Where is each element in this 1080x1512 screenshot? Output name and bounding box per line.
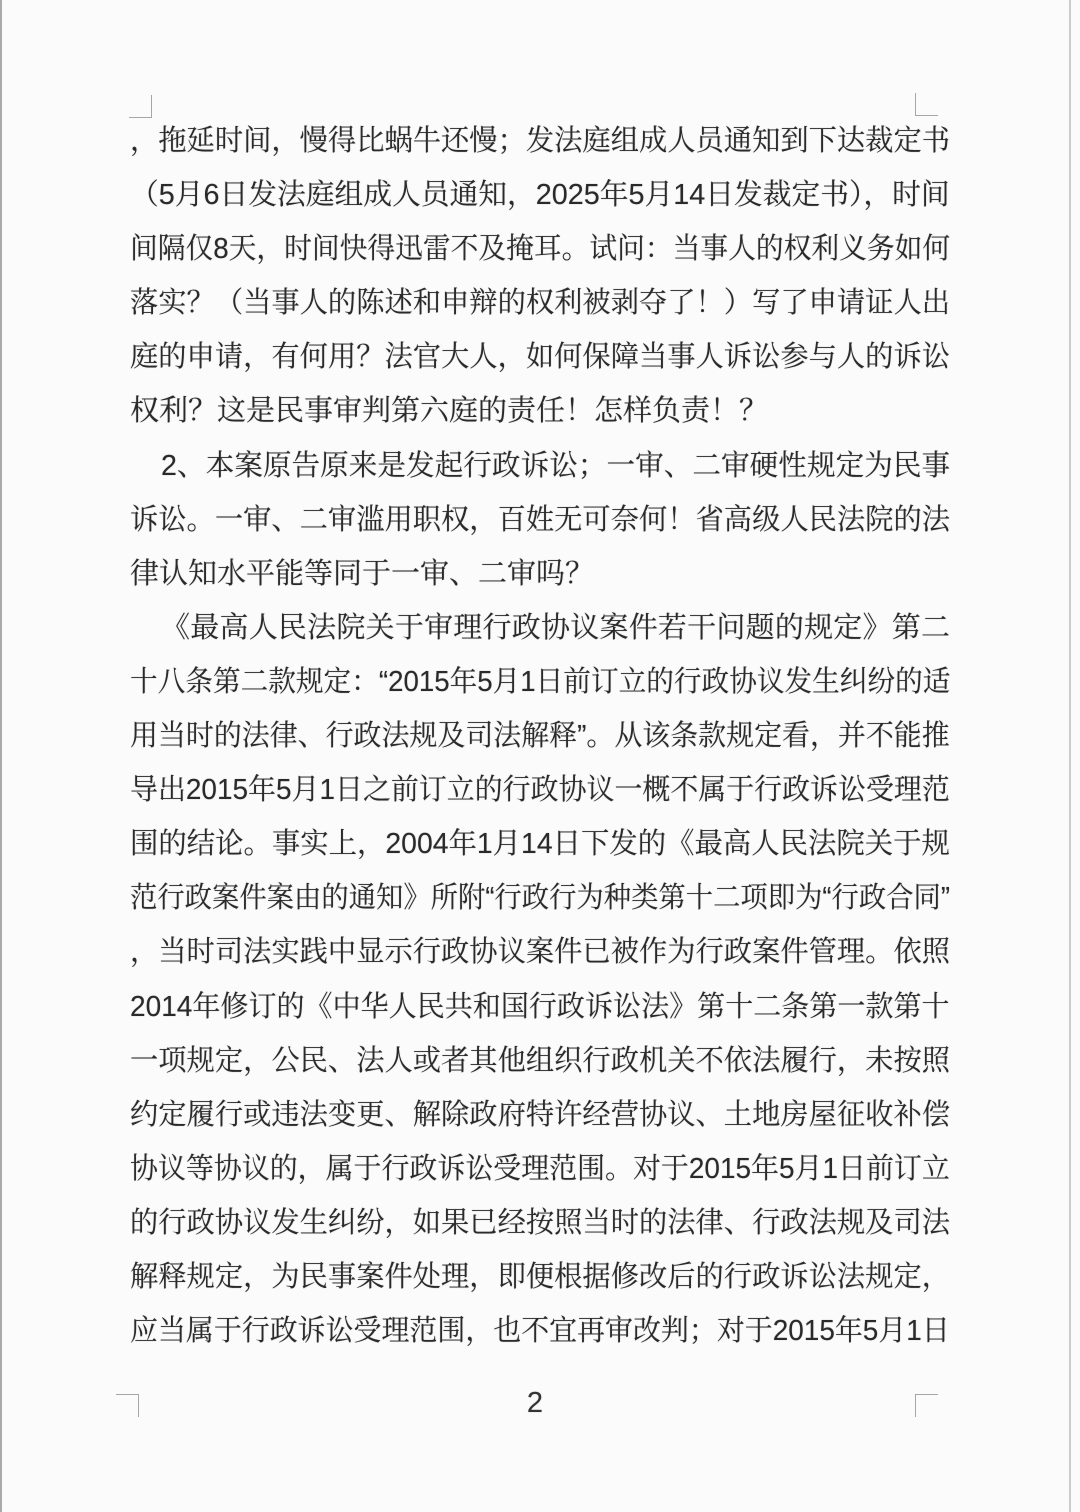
text-line: 范行政案件案由的通知》所附“行政行为种类第十二项即为“行政合同” [130,871,950,925]
text-line: 律认知水平能等同于一审、二审吗？ [130,547,950,601]
text-line: 诉讼。一审、二审滥用职权，百姓无可奈何！省高级人民法院的法 [130,493,950,547]
text-line: 导出2015年5月1日之前订立的行政协议一概不属于行政诉讼受理范 [130,763,950,817]
text-line: 间隔仅8天，时间快得迅雷不及掩耳。试问：当事人的权利义务如何 [130,222,950,276]
text-line-content: 间隔仅8天，时间快得迅雷不及掩耳。试问：当事人的权利义务如何 [130,222,950,276]
text-line-content: 一项规定，公民、法人或者其他组织行政机关不依法履行，未按照 [130,1034,950,1088]
text-line-content: 导出2015年5月1日之前订立的行政协议一概不属于行政诉讼受理范 [130,763,950,817]
document-page: ，拖延时间，慢得比蜗牛还慢；发法庭组成人员通知到下达裁定书 （5月6日发法庭组成… [0,0,1080,1512]
text-line-content: 范行政案件案由的通知》所附“行政行为种类第十二项即为“行政合同” [130,871,950,925]
text-line: 一项规定，公民、法人或者其他组织行政机关不依法履行，未按照 [130,1034,950,1088]
text-line: 的行政协议发生纠纷，如果已经按照当时的法律、行政法规及司法 [130,1196,950,1250]
text-line-content: 2、本案原告原来是发起行政诉讼；一审、二审硬性规定为民事 [161,439,950,493]
crop-mark-top-right-icon [915,93,938,116]
text-line-content: 2014年修订的《中华人民共和国行政诉讼法》第十二条第一款第十 [130,980,950,1034]
text-line-content: 落实？（当事人的陈述和申辩的权利被剥夺了！）写了申请证人出 [130,276,950,330]
text-line: ，当时司法实践中显示行政协议案件已被作为行政案件管理。依照 [130,925,950,979]
text-line-content: 十八条第二款规定：“2015年5月1日前订立的行政协议发生纠纷的适 [130,655,950,709]
text-line-content: ，拖延时间，慢得比蜗牛还慢；发法庭组成人员通知到下达裁定书 [130,114,950,168]
text-line-content: 约定履行或违法变更、解除政府特许经营协议、土地房屋征收补偿 [130,1088,950,1142]
text-line-content: 《最高人民法院关于审理行政协议案件若干问题的规定》第二 [161,601,950,655]
text-line: 落实？（当事人的陈述和申辩的权利被剥夺了！）写了申请证人出 [130,276,950,330]
text-line-content: 用当时的法律、行政法规及司法解释”。从该条款规定看，并不能推 [130,709,950,763]
text-line-content: 庭的申请，有何用？法官大人，如何保障当事人诉讼参与人的诉讼 [130,330,950,384]
text-line-content: 诉讼。一审、二审滥用职权，百姓无可奈何！省高级人民法院的法 [130,493,950,547]
page-edge-left-line [0,0,2,1512]
text-line: （5月6日发法庭组成人员通知，2025年5月14日发裁定书），时间 [130,168,950,222]
text-line-content: 的行政协议发生纠纷，如果已经按照当时的法律、行政法规及司法 [130,1196,950,1250]
text-line-content: （5月6日发法庭组成人员通知，2025年5月14日发裁定书），时间 [130,168,950,222]
text-line-content: ，当时司法实践中显示行政协议案件已被作为行政案件管理。依照 [130,925,950,979]
text-line: 2014年修订的《中华人民共和国行政诉讼法》第十二条第一款第十 [130,980,950,1034]
text-line-content: 解释规定，为民事案件处理，即便根据修改后的行政诉讼法规定， [130,1250,950,1304]
text-line: 2、本案原告原来是发起行政诉讼；一审、二审硬性规定为民事 [130,439,950,493]
text-line: 庭的申请，有何用？法官大人，如何保障当事人诉讼参与人的诉讼 [130,330,950,384]
text-line: 解释规定，为民事案件处理，即便根据修改后的行政诉讼法规定， [130,1250,950,1304]
document-text-block: ，拖延时间，慢得比蜗牛还慢；发法庭组成人员通知到下达裁定书 （5月6日发法庭组成… [130,114,950,1358]
text-line-content: 协议等协议的，属于行政诉讼受理范围。对于2015年5月1日前订立 [130,1142,950,1196]
text-line: 协议等协议的，属于行政诉讼受理范围。对于2015年5月1日前订立 [130,1142,950,1196]
text-line-content: 权利？这是民事审判第六庭的责任！怎样负责！？ [130,384,768,438]
text-line: ，拖延时间，慢得比蜗牛还慢；发法庭组成人员通知到下达裁定书 [130,114,950,168]
text-line: 约定履行或违法变更、解除政府特许经营协议、土地房屋征收补偿 [130,1088,950,1142]
text-line: 用当时的法律、行政法规及司法解释”。从该条款规定看，并不能推 [130,709,950,763]
page-edge-right-line [1069,0,1071,1512]
text-line: 应当属于行政诉讼受理范围，也不宜再审改判；对于2015年5月1日 [130,1304,950,1358]
text-line: 权利？这是民事审判第六庭的责任！怎样负责！？ [130,384,950,438]
text-line-content: 律认知水平能等同于一审、二审吗？ [130,547,594,601]
text-line: 围的结论。事实上，2004年1月14日下发的《最高人民法院关于规 [130,817,950,871]
text-line-content: 应当属于行政诉讼受理范围，也不宜再审改判；对于2015年5月1日 [130,1304,950,1358]
text-line: 《最高人民法院关于审理行政协议案件若干问题的规定》第二 [130,601,950,655]
page-number: 2 [0,1381,1070,1425]
text-line-content: 围的结论。事实上，2004年1月14日下发的《最高人民法院关于规 [130,817,950,871]
text-line: 十八条第二款规定：“2015年5月1日前订立的行政协议发生纠纷的适 [130,655,950,709]
